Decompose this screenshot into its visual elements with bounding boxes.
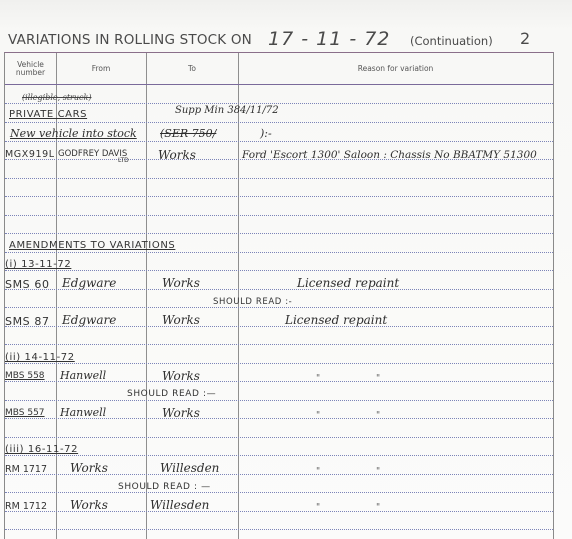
- ditto-mark: ": [376, 467, 380, 477]
- ditto-mark: ": [316, 467, 320, 477]
- column-divider: [56, 53, 57, 539]
- ditto-mark: ": [316, 411, 320, 421]
- ruled-line: [5, 307, 553, 308]
- from-edgware: Edgware: [62, 313, 116, 327]
- ruled-line: [5, 233, 553, 234]
- amendment-date-i: (i) 13-11-72: [5, 259, 71, 270]
- ser-reference-struck: (SER 750/: [160, 127, 216, 140]
- ruled-line: [5, 178, 553, 179]
- ditto-mark: ": [376, 411, 380, 421]
- ditto-mark: ": [376, 374, 380, 384]
- should-read-iii: SHOULD READ : —: [118, 482, 211, 492]
- column-divider: [146, 53, 147, 539]
- from-godfrey-davis-ltd: LTD: [118, 157, 129, 164]
- ruled-line: [5, 529, 553, 530]
- header-to: To: [146, 53, 238, 84]
- new-into-stock-label: New vehicle into stock: [10, 127, 137, 140]
- column-divider: [238, 53, 239, 539]
- ruled-line: [5, 344, 553, 345]
- vehicle-mgx919l: MGX919L: [5, 149, 55, 160]
- to-works: Works: [162, 276, 200, 290]
- ruled-line: [5, 215, 553, 216]
- ruled-line: [5, 270, 553, 271]
- from-hanwell: Hanwell: [60, 369, 106, 382]
- from-edgware: Edgware: [62, 276, 116, 290]
- ruled-line: [5, 196, 553, 197]
- ruled-line: [5, 252, 553, 253]
- ruled-line: [5, 455, 553, 456]
- to-willesden: Willesden: [160, 461, 219, 475]
- from-works: Works: [70, 498, 108, 512]
- ditto-mark: ": [376, 503, 380, 513]
- table-header: Vehicle number From To Reason for variat…: [5, 53, 553, 85]
- page-title: VARIATIONS IN ROLLING STOCK ON: [8, 32, 252, 48]
- reason-licensed-repaint: Licensed repaint: [297, 276, 399, 290]
- vehicle-mbs557: MBS 557: [5, 408, 45, 418]
- ruled-line: [5, 437, 553, 438]
- ruled-line: [5, 400, 553, 401]
- to-works: Works: [162, 406, 200, 420]
- to-works: Works: [162, 313, 200, 327]
- vehicle-rm1717: RM 1717: [5, 464, 47, 475]
- reason-licensed-repaint: Licensed repaint: [285, 313, 387, 327]
- struck-scribble: (illegible, struck): [22, 93, 91, 102]
- should-read-ii: SHOULD READ :—: [127, 389, 216, 399]
- ser-reference-close: ):-: [260, 127, 272, 140]
- report-date: 17 - 11 - 72: [268, 28, 390, 50]
- ruled-line: [5, 103, 553, 104]
- page-number: 2: [520, 29, 530, 48]
- ditto-mark: ": [316, 374, 320, 384]
- from-hanwell: Hanwell: [60, 406, 106, 419]
- ditto-mark: ": [316, 503, 320, 513]
- ruled-line: [5, 122, 553, 123]
- from-works: Works: [70, 461, 108, 475]
- amendment-date-ii: (ii) 14-11-72: [5, 352, 75, 363]
- header-from: From: [56, 53, 146, 84]
- ruled-line: [5, 141, 553, 142]
- continuation-label: (Continuation): [410, 34, 493, 48]
- ruled-line: [5, 492, 553, 493]
- ruled-line: [5, 363, 553, 364]
- to-works: Works: [162, 369, 200, 383]
- from-godfrey-davis: GODFREY DAVIS: [58, 149, 127, 159]
- section-amendments: AMENDMENTS TO VARIATIONS: [9, 240, 175, 251]
- vehicle-rm1712: RM 1712: [5, 501, 47, 512]
- to-works: Works: [158, 148, 196, 162]
- header-vehicle-number: Vehicle number: [5, 53, 56, 84]
- reason-ford-escort: Ford 'Escort 1300' Saloon : Chassis No B…: [242, 149, 537, 161]
- to-willesden: Willesden: [150, 498, 209, 512]
- section-private-cars: PRIVATE CARS: [9, 109, 87, 120]
- vehicle-mbs558: MBS 558: [5, 371, 45, 381]
- supp-min-reference: Supp Min 384/11/72: [175, 105, 279, 116]
- header-reason: Reason for variation: [238, 53, 553, 84]
- vehicle-sms60: SMS 60: [5, 278, 50, 291]
- should-read-i: SHOULD READ :-: [213, 297, 292, 307]
- vehicle-sms87: SMS 87: [5, 315, 50, 328]
- amendment-date-iii: (iii) 16-11-72: [5, 444, 78, 455]
- header-vehicle-line2: number: [16, 69, 45, 77]
